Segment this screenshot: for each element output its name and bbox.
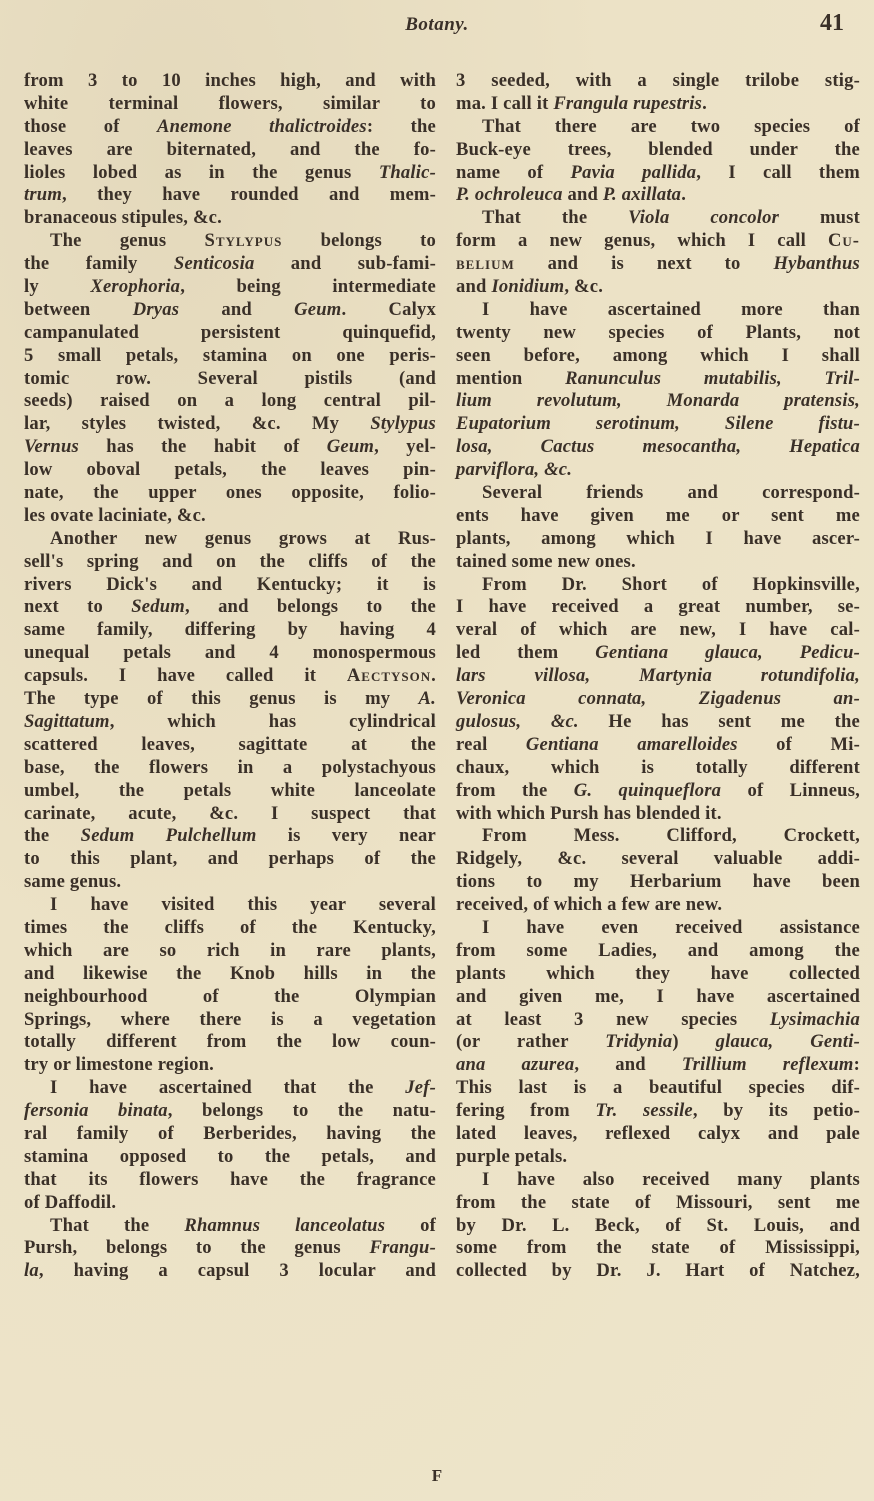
left-column-line: base, the flowers in a polystachyous <box>24 757 436 780</box>
right-column-line: P. ochroleuca and P. axillata. <box>456 184 860 207</box>
right-column-line: at least 3 new species Lysimachia <box>456 1009 860 1032</box>
left-column-line: tomic row. Several pistils (and <box>24 368 436 391</box>
left-column-line: sell's spring and on the cliffs of the <box>24 551 436 574</box>
right-column-line: purple petals. <box>456 1146 860 1169</box>
right-column-line: (or rather Tridynia) glauca, Genti- <box>456 1031 860 1054</box>
left-column-line: ly Xerophoria, being intermediate <box>24 276 436 299</box>
right-column-line: twenty new species of Plants, not <box>456 322 860 345</box>
right-column-line: plants which they have collected <box>456 963 860 986</box>
left-column-line: of Daffodil. <box>24 1192 436 1215</box>
left-column-line: The type of this genus is my A. <box>24 688 436 711</box>
left-column-line: those of Anemone thalictroides: the <box>24 116 436 139</box>
right-column-line: veral of which are new, I have cal- <box>456 619 860 642</box>
left-column-line: which are so rich in rare plants, <box>24 940 436 963</box>
right-column-line: ents have given me or sent me <box>456 505 860 528</box>
left-column-line: lar, styles twisted, &c. My Stylypus <box>24 413 436 436</box>
right-column-line: by Dr. L. Beck, of St. Louis, and <box>456 1215 860 1238</box>
right-column-line: I have received a great number, se- <box>456 596 860 619</box>
right-column-line: chaux, which is totally different <box>456 757 860 780</box>
left-column-line: campanulated persistent quinquefid, <box>24 322 436 345</box>
right-column-line: form a new genus, which I call Cu- <box>456 230 860 253</box>
right-column-line: From Mess. Clifford, Crockett, <box>456 825 860 848</box>
left-column-line: the family Senticosia and sub-fami- <box>24 253 436 276</box>
right-column-line: tions to my Herbarium have been <box>456 871 860 894</box>
page-number: 41 <box>820 10 844 37</box>
right-column-line: led them Gentiana glauca, Pedicu- <box>456 642 860 665</box>
left-column: from 3 to 10 inches high, and withwhite … <box>24 70 436 1283</box>
right-column-line: From Dr. Short of Hopkinsville, <box>456 574 860 597</box>
right-column-line: from the G. quinqueflora of Linneus, <box>456 780 860 803</box>
left-column-line: Another new genus grows at Rus- <box>24 528 436 551</box>
left-column-line: I have ascertained that the Jef- <box>24 1077 436 1100</box>
right-column-line: lated leaves, reflexed calyx and pale <box>456 1123 860 1146</box>
left-column-line: between Dryas and Geum. Calyx <box>24 299 436 322</box>
left-column-line: Sagittatum, which has cylindrical <box>24 711 436 734</box>
left-column-line: Vernus has the habit of Geum, yel- <box>24 436 436 459</box>
left-column-line: 5 small petals, stamina on one peris- <box>24 345 436 368</box>
left-column-line: branaceous stipules, &c. <box>24 207 436 230</box>
right-column-line: mention Ranunculus mutabilis, Tril- <box>456 368 860 391</box>
left-column-line: that its flowers have the fragrance <box>24 1169 436 1192</box>
left-column-line: lioles lobed as in the genus Thalic- <box>24 162 436 185</box>
left-column-line: times the cliffs of the Kentucky, <box>24 917 436 940</box>
right-column-line: Eupatorium serotinum, Silene fistu- <box>456 413 860 436</box>
signature-mark: F <box>0 1466 874 1486</box>
running-head: Botany. <box>0 14 874 36</box>
left-column-line: same genus. <box>24 871 436 894</box>
left-column-line: from 3 to 10 inches high, and with <box>24 70 436 93</box>
right-column-line: That the Viola concolor must <box>456 207 860 230</box>
left-column-line: the Sedum Pulchellum is very near <box>24 825 436 848</box>
right-column-line: Several friends and correspond- <box>456 482 860 505</box>
right-column-line: name of Pavia pallida, I call them <box>456 162 860 185</box>
left-column-line: trum, they have rounded and mem- <box>24 184 436 207</box>
right-column-line: from some Ladies, and among the <box>456 940 860 963</box>
left-column-line: same family, differing by having 4 <box>24 619 436 642</box>
left-column-line: seeds) raised on a long central pil- <box>24 390 436 413</box>
left-column-line: Pursh, belongs to the genus Frangu- <box>24 1237 436 1260</box>
right-column-line: ma. I call it Frangula rupestris. <box>456 93 860 116</box>
left-column-line: carinate, acute, &c. I suspect that <box>24 803 436 826</box>
right-column-line: losa, Cactus mesocantha, Hepatica <box>456 436 860 459</box>
left-column-line: try or limestone region. <box>24 1054 436 1077</box>
left-column-line: to this plant, and perhaps of the <box>24 848 436 871</box>
left-column-line: unequal petals and 4 monospermous <box>24 642 436 665</box>
right-column: 3 seeded, with a single trilobe stig-ma.… <box>456 70 860 1283</box>
right-column-line: with which Pursh has blended it. <box>456 803 860 826</box>
right-column-line: I have even received assistance <box>456 917 860 940</box>
right-column-line: Ridgely, &c. several valuable addi- <box>456 848 860 871</box>
left-column-line: capsuls. I have called it Aectyson. <box>24 665 436 688</box>
left-column-line: I have visited this year several <box>24 894 436 917</box>
right-column-line: parviflora, &c. <box>456 459 860 482</box>
right-column-line: lars villosa, Martynia rotundifolia, <box>456 665 860 688</box>
left-column-line: white terminal flowers, similar to <box>24 93 436 116</box>
left-column-line: umbel, the petals white lanceolate <box>24 780 436 803</box>
right-column-line: and given me, I have ascertained <box>456 986 860 1009</box>
right-column-line: lium revolutum, Monarda pratensis, <box>456 390 860 413</box>
left-column-line: Springs, where there is a vegetation <box>24 1009 436 1032</box>
right-column-line: Veronica connata, Zigadenus an- <box>456 688 860 711</box>
left-column-line: nate, the upper ones opposite, folio- <box>24 482 436 505</box>
left-column-line: les ovate laciniate, &c. <box>24 505 436 528</box>
right-column-line: seen before, among which I shall <box>456 345 860 368</box>
right-column-line: I have also received many plants <box>456 1169 860 1192</box>
right-column-line: 3 seeded, with a single trilobe stig- <box>456 70 860 93</box>
right-column-line: fering from Tr. sessile, by its petio- <box>456 1100 860 1123</box>
left-column-line: fersonia binata, belongs to the natu- <box>24 1100 436 1123</box>
left-column-line: neighbourhood of the Olympian <box>24 986 436 1009</box>
left-column-line: leaves are biternated, and the fo- <box>24 139 436 162</box>
right-column-line: gulosus, &c. He has sent me the <box>456 711 860 734</box>
left-column-line: rivers Dick's and Kentucky; it is <box>24 574 436 597</box>
right-column-line: ana azurea, and Trillium reflexum: <box>456 1054 860 1077</box>
right-column-line: collected by Dr. J. Hart of Natchez, <box>456 1260 860 1283</box>
right-column-line: belium and is next to Hybanthus <box>456 253 860 276</box>
left-column-line: la, having a capsul 3 locular and <box>24 1260 436 1283</box>
right-column-line: plants, among which I have ascer- <box>456 528 860 551</box>
right-column-line: Buck-eye trees, blended under the <box>456 139 860 162</box>
right-column-line: real Gentiana amarelloides of Mi- <box>456 734 860 757</box>
right-column-line: That there are two species of <box>456 116 860 139</box>
right-column-line: some from the state of Mississippi, <box>456 1237 860 1260</box>
left-column-line: The genus Stylypus belongs to <box>24 230 436 253</box>
left-column-line: next to Sedum, and belongs to the <box>24 596 436 619</box>
right-column-line: from the state of Missouri, sent me <box>456 1192 860 1215</box>
left-column-line: and likewise the Knob hills in the <box>24 963 436 986</box>
right-column-line: tained some new ones. <box>456 551 860 574</box>
right-column-line: I have ascertained more than <box>456 299 860 322</box>
left-column-line: scattered leaves, sagittate at the <box>24 734 436 757</box>
page: Botany. 41 from 3 to 10 inches high, and… <box>0 0 874 1501</box>
left-column-line: stamina opposed to the petals, and <box>24 1146 436 1169</box>
left-column-line: low oboval petals, the leaves pin- <box>24 459 436 482</box>
right-column-line: and Ionidium, &c. <box>456 276 860 299</box>
left-column-line: ral family of Berberides, having the <box>24 1123 436 1146</box>
right-column-line: This last is a beautiful species dif- <box>456 1077 860 1100</box>
left-column-line: That the Rhamnus lanceolatus of <box>24 1215 436 1238</box>
right-column-line: received, of which a few are new. <box>456 894 860 917</box>
left-column-line: totally different from the low coun- <box>24 1031 436 1054</box>
